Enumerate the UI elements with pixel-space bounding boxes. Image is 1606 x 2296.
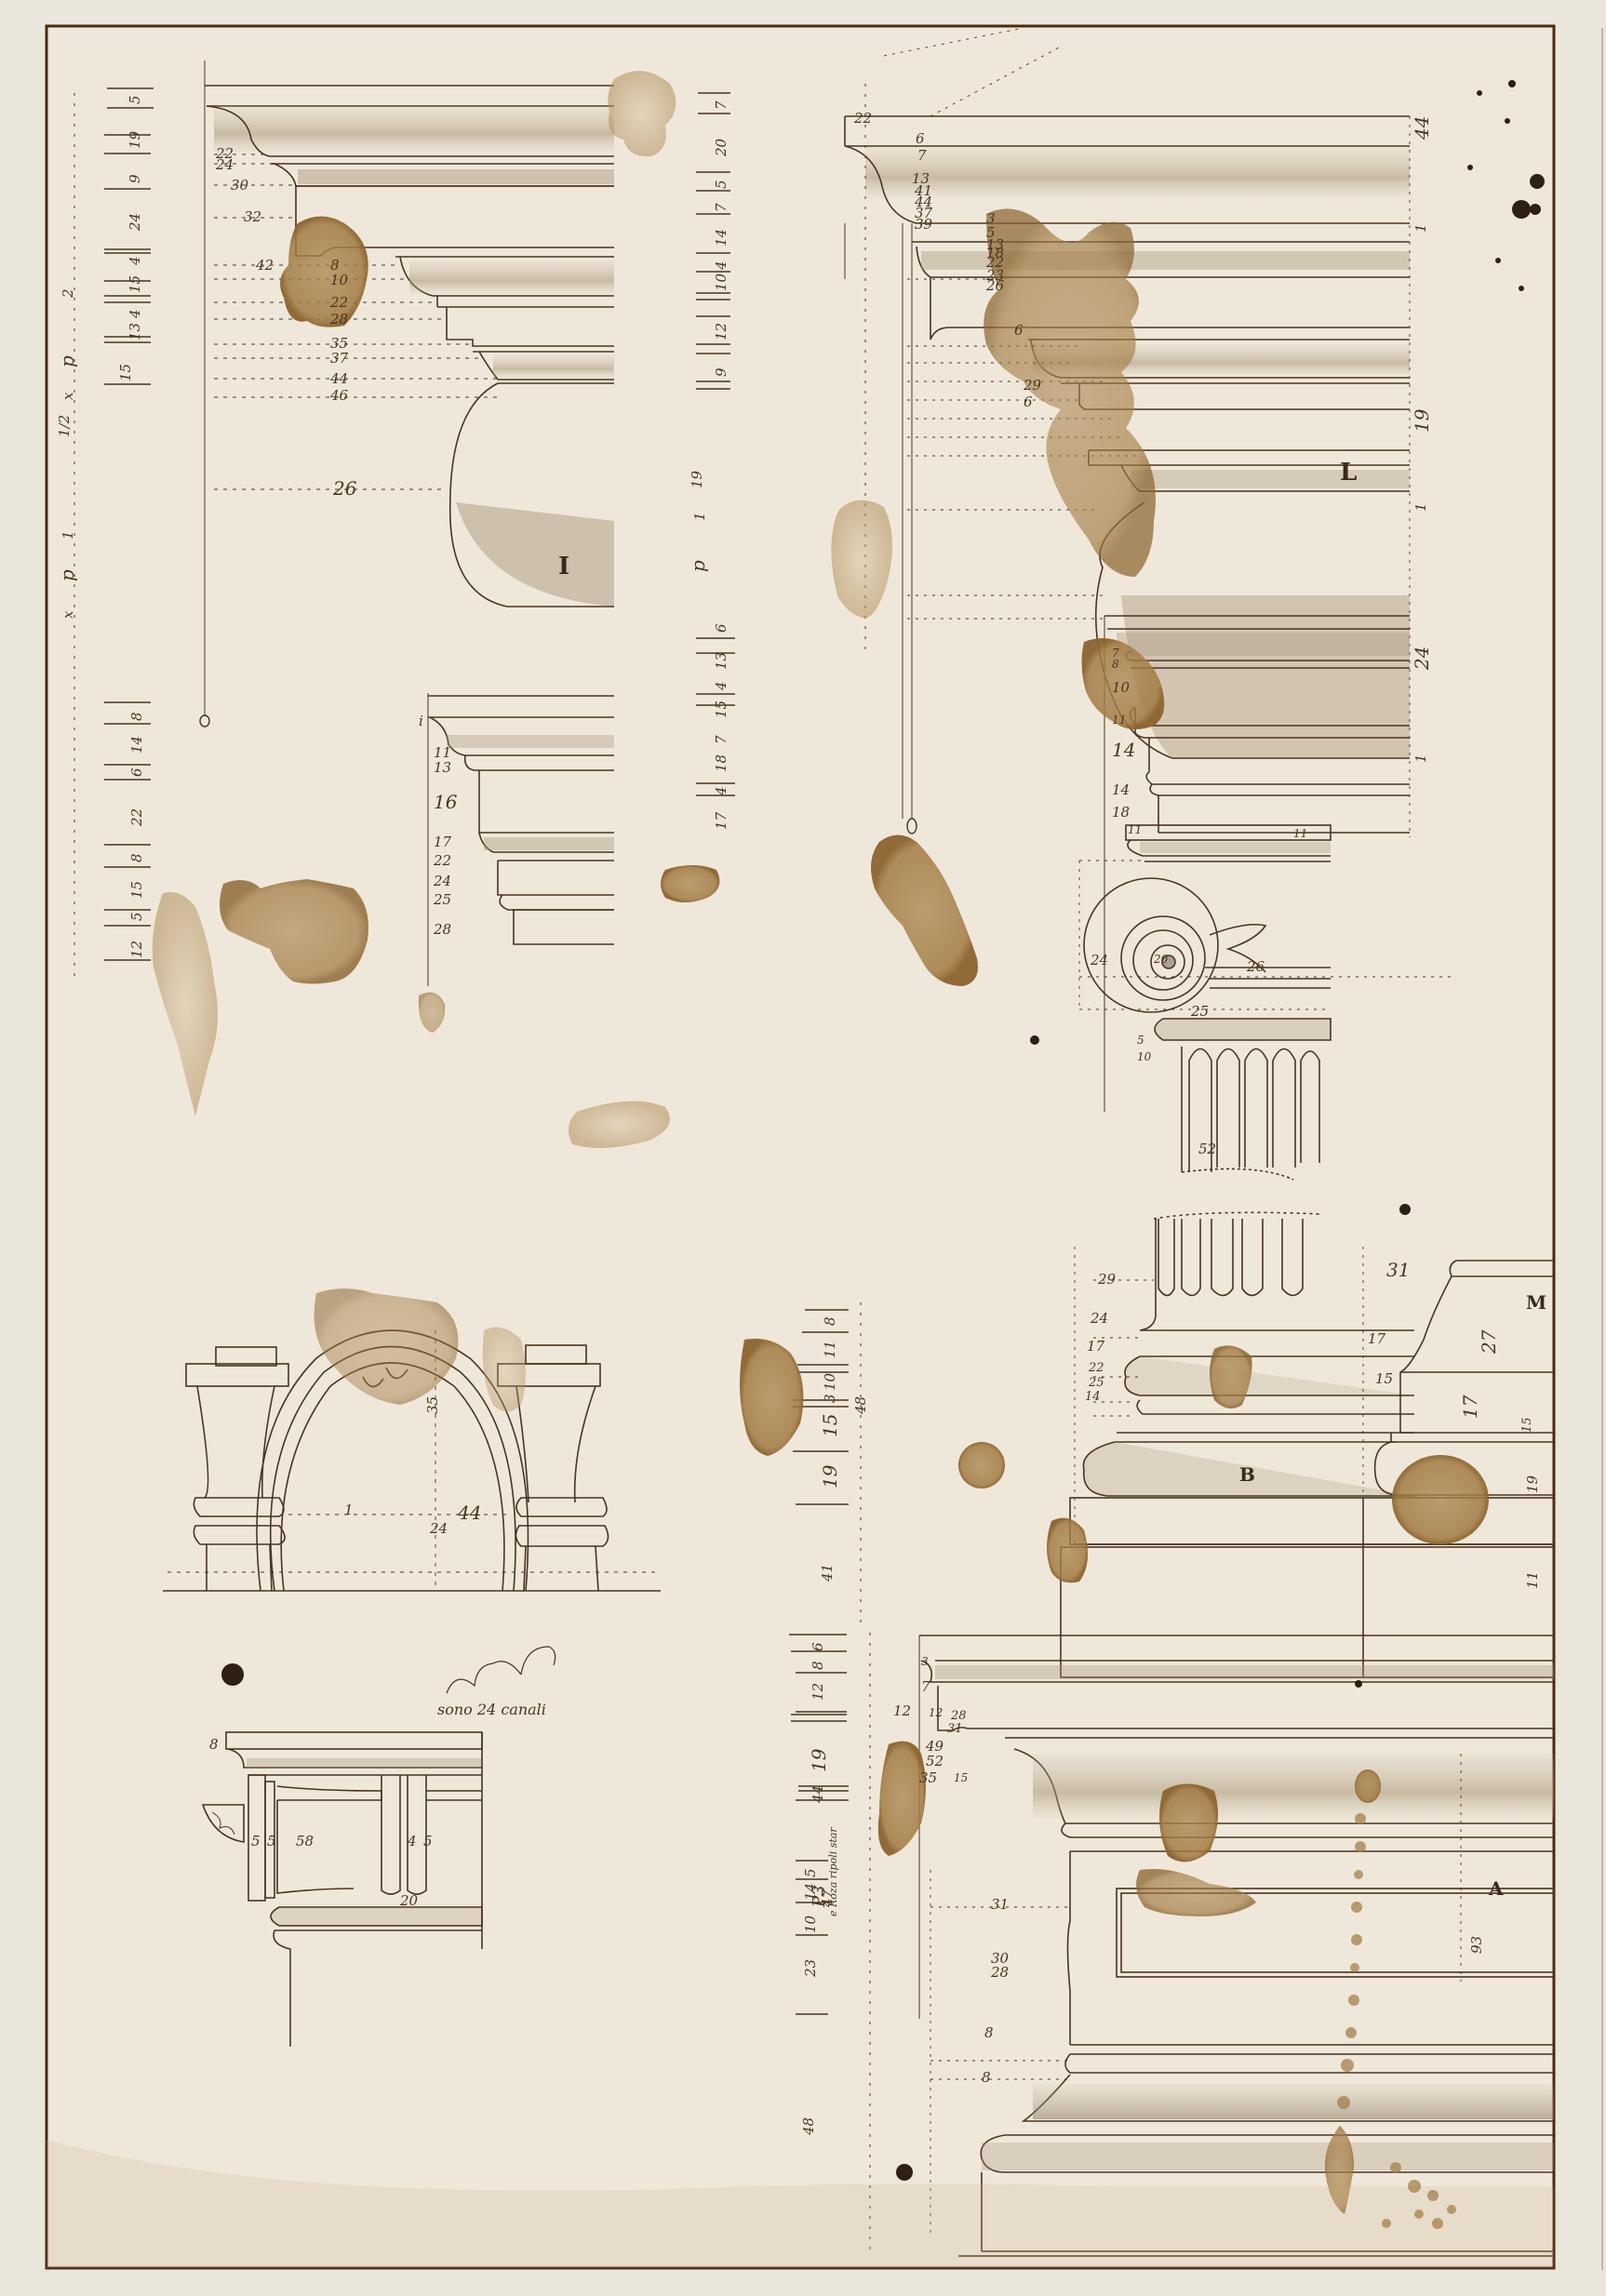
dim-Ib-0: i <box>419 714 423 728</box>
scale-m1-3: 7 <box>715 203 729 212</box>
scale-b-9: 47 <box>821 1889 835 1907</box>
dim-A-15: 93 <box>1470 1936 1484 1954</box>
scale-b-1: 8 <box>811 1661 825 1670</box>
flutes-top <box>1182 1047 1319 1180</box>
dim-Ib-7: 25 <box>434 893 451 907</box>
dim-Ll-3: 11 <box>1112 714 1126 726</box>
dim-M-12: 19 <box>1526 1475 1540 1493</box>
dim-I-1: 24 <box>216 158 234 172</box>
dim-I-4: 42 <box>256 259 274 273</box>
dim-Ls-4: 24 <box>1412 647 1431 670</box>
dim-arch-1: 1 <box>344 1503 354 1517</box>
scale-l2-7: 12 <box>130 941 144 958</box>
mat-background: I L M B A sono 24 canali P3 e Roza ripol… <box>0 0 1606 2296</box>
figure-label-B: B <box>1239 1465 1255 1484</box>
scale-l2-3: 22 <box>130 808 144 826</box>
scale-m3-2: 10 <box>823 1373 837 1391</box>
figure-B-base <box>1061 1212 1554 1677</box>
scale-letter-3: 1/2 <box>58 415 72 437</box>
dim-Ib-4: 17 <box>434 835 451 849</box>
scale-l2-2: 6 <box>130 768 144 777</box>
figure-label-I: I <box>558 554 569 579</box>
scale-m2-4: 7 <box>715 735 729 744</box>
scale-l1-5: 15 <box>128 275 142 293</box>
scale-m1-1: 20 <box>715 139 729 156</box>
scale-m3-5: 19 <box>821 1465 839 1488</box>
scale-l1-2: 9 <box>128 174 142 183</box>
figure-label-L: L <box>1340 461 1357 485</box>
scale-m2-2: 4 <box>715 681 729 690</box>
dim-I-7: 22 <box>330 296 348 310</box>
dim-sc-4: 4 <box>408 1835 417 1849</box>
scale-l2-6: 5 <box>130 912 144 921</box>
dim-L-17: 6 <box>1024 395 1033 409</box>
dim-Ls-5: 1 <box>1414 754 1428 763</box>
dim-L-15: 6 <box>1014 324 1024 338</box>
dim-A-8: 35 <box>919 1771 937 1785</box>
dim-arch-2: 44 <box>458 1503 481 1522</box>
scale-l1-0: 5 <box>128 95 142 104</box>
dim-M-13: 11 <box>1526 1571 1540 1589</box>
scale-m2-3: 15 <box>715 701 729 718</box>
dim-Ll-10: 20 <box>1154 954 1168 965</box>
dim-L-16: 29 <box>1024 379 1041 393</box>
scale-m3-3: 3 <box>823 1394 837 1403</box>
dim-Ib-6: 24 <box>434 874 451 888</box>
scale-l2-5: 15 <box>130 881 144 899</box>
scale-b-7: 10 <box>804 1916 818 1933</box>
scale-l1-4: 4 <box>128 256 142 265</box>
scale-l1-1: 19 <box>128 131 142 149</box>
dim-M-10: 17 <box>1461 1395 1479 1419</box>
dim-Ll-12: 25 <box>1191 1005 1209 1019</box>
dim-L-0: 22 <box>854 112 872 126</box>
scale-mid-letter-2: 19 <box>690 471 704 488</box>
dim-Ll-11: 26 <box>1247 960 1265 974</box>
dim-Ll-5: 14 <box>1112 783 1130 797</box>
scale-m3-4: 15 <box>821 1414 839 1437</box>
dim-Ib-1: 11 <box>434 746 451 760</box>
dim-A-6: 49 <box>926 1740 944 1754</box>
dim-sc-6: 20 <box>400 1894 418 1908</box>
dim-A-2: 12 <box>893 1704 911 1718</box>
scale-l1-7: 13 <box>128 323 142 340</box>
dim-M-7: 17 <box>1368 1332 1385 1346</box>
dim-Ib-8: 28 <box>434 923 451 937</box>
dim-I-5: 8 <box>330 259 340 273</box>
dim-M-3: 22 <box>1089 1362 1104 1374</box>
dim-Ib-3: 16 <box>434 793 457 811</box>
dim-A-1: 7 <box>921 1680 930 1694</box>
dim-I-12: 46 <box>330 389 348 403</box>
dim-sc-2: 5 <box>267 1835 276 1849</box>
scale-m1-7: 12 <box>715 323 729 340</box>
dim-A-12: 28 <box>991 1966 1009 1980</box>
scale-m1-2: 5 <box>715 180 729 189</box>
dim-I-2: 30 <box>231 179 248 193</box>
dim-L-2: 7 <box>917 149 927 163</box>
flutes-bottom <box>1154 1212 1321 1295</box>
scale-letter-0: p <box>58 355 76 367</box>
dim-Ib-2: 13 <box>434 761 451 775</box>
scale-letter-6: x <box>61 611 75 619</box>
scale-letter-4: p <box>58 569 76 581</box>
scale-m2-1: 13 <box>715 652 729 670</box>
dim-Ll-9: 24 <box>1091 954 1108 968</box>
scale-m2-0: 6 <box>715 623 729 633</box>
dim-L-7: 39 <box>915 218 932 232</box>
figure-label-M: M <box>1526 1293 1546 1312</box>
canali-note: sono 24 canali <box>437 1702 546 1717</box>
dim-I-3: 32 <box>244 210 261 224</box>
scale-m2-5: 18 <box>715 754 729 772</box>
drawing-canvas <box>0 0 1606 2296</box>
scale-b-10: 48 <box>802 2117 816 2135</box>
stains <box>47 71 1554 2268</box>
dim-sc-5: 5 <box>423 1835 433 1849</box>
scale-l2-4: 8 <box>130 853 144 862</box>
scale-mid-letter-0: p <box>689 560 707 572</box>
scale-m3-7: 41 <box>821 1564 835 1582</box>
scale-l2-1: 14 <box>130 736 144 754</box>
dim-A-4: 28 <box>951 1710 967 1722</box>
dim-I-13: 26 <box>333 479 356 498</box>
scale-m3-6: 48 <box>854 1396 868 1414</box>
scale-m1-4: 14 <box>715 229 729 247</box>
dim-M-4: 25 <box>1089 1377 1104 1389</box>
scale-m1-0: 7 <box>715 100 729 110</box>
dim-I-10: 37 <box>330 352 348 366</box>
dim-M-1: 24 <box>1091 1312 1108 1326</box>
dim-Ls-3: 1 <box>1414 502 1428 512</box>
scale-m3-0: 8 <box>823 1316 837 1326</box>
scale-b-4: 44 <box>811 1785 825 1803</box>
scale-m1-6: 10 <box>715 274 729 291</box>
scale-letter-2: x <box>61 393 75 400</box>
dim-sc-3: 58 <box>296 1835 314 1849</box>
scale-mid-letter-1: 1 <box>693 512 707 521</box>
scale-b-8: 23 <box>804 1959 818 1977</box>
dim-Ls-1: 1 <box>1414 223 1428 233</box>
dim-Ll-7: 11 <box>1128 824 1142 835</box>
dim-A-10: 31 <box>991 1898 1009 1912</box>
dim-Ls-2: 19 <box>1412 409 1431 433</box>
dim-sc-1: 5 <box>251 1835 261 1849</box>
dim-M-9: 27 <box>1479 1330 1498 1354</box>
scale-l2-0: 8 <box>130 712 144 721</box>
dim-Ll-13: 5 <box>1137 1035 1144 1046</box>
dim-M-5: 14 <box>1085 1391 1101 1403</box>
dim-Ll-2: 10 <box>1112 681 1130 695</box>
figure-I-base <box>428 693 614 986</box>
figure-I-profile <box>205 60 614 716</box>
scale-b-0: 6 <box>811 1642 825 1651</box>
scale-m1-8: 9 <box>715 367 729 377</box>
dim-I-8: 28 <box>330 313 348 327</box>
scale-l1-3: 24 <box>128 213 142 231</box>
dim-Ll-1: 8 <box>1112 659 1119 670</box>
dim-A-7: 52 <box>926 1755 944 1769</box>
dim-I-6: 10 <box>330 274 348 287</box>
scale-l1-6: 4 <box>128 309 142 318</box>
dim-Ll-4: 14 <box>1112 741 1135 759</box>
dim-I-11: 44 <box>330 372 348 386</box>
scale-b-5: 5 <box>804 1868 818 1877</box>
dim-Ib-5: 22 <box>434 854 451 868</box>
dim-A-9: 15 <box>954 1772 968 1783</box>
scale-m1-5: 4 <box>715 260 729 270</box>
figure-label-A: A <box>1489 1879 1504 1898</box>
dim-L-14: 26 <box>986 279 1004 293</box>
dim-A-3: 12 <box>929 1707 943 1718</box>
dim-Ll-14: 10 <box>1137 1051 1151 1062</box>
dim-M-0: 29 <box>1098 1273 1116 1287</box>
dim-A-13: 8 <box>984 2026 994 2040</box>
ink-spatters <box>221 80 1545 2181</box>
dim-sc-0: 8 <box>209 1738 219 1752</box>
dim-M-8: 15 <box>1375 1372 1393 1386</box>
dim-A-0: 3 <box>921 1656 929 1667</box>
dim-L-1: 6 <box>916 132 925 146</box>
dim-A-5: 31 <box>947 1723 963 1735</box>
scale-b-6: 14 <box>804 1883 818 1901</box>
scale-b-2: 12 <box>811 1683 825 1701</box>
scale-l1-8: 15 <box>119 364 133 381</box>
scale-m2-6: 4 <box>715 786 729 795</box>
scale-letter-5: 1 <box>61 530 75 540</box>
dim-A-14: 8 <box>982 2071 991 2085</box>
figure-A-pedestal <box>919 1635 1554 2256</box>
scale-letter-1: 2 <box>61 288 75 298</box>
scale-b-3: 19 <box>810 1749 828 1772</box>
dim-I-9: 35 <box>330 337 348 351</box>
dim-M-6: 31 <box>1386 1261 1410 1279</box>
dim-Ll-8: 11 <box>1293 828 1307 839</box>
dim-Ll-6: 18 <box>1112 806 1130 820</box>
dim-Ls-0: 44 <box>1412 116 1431 140</box>
dim-Ll-15: 52 <box>1198 1142 1216 1156</box>
scale-bars <box>74 60 917 2251</box>
dim-M-11: 15 <box>1521 1417 1533 1433</box>
dim-arch-3: 24 <box>430 1522 448 1536</box>
dim-M-2: 17 <box>1087 1340 1104 1354</box>
scale-m2-7: 17 <box>715 812 729 830</box>
scale-m3-1: 11 <box>823 1341 837 1358</box>
dim-arch-0: 35 <box>426 1396 440 1414</box>
